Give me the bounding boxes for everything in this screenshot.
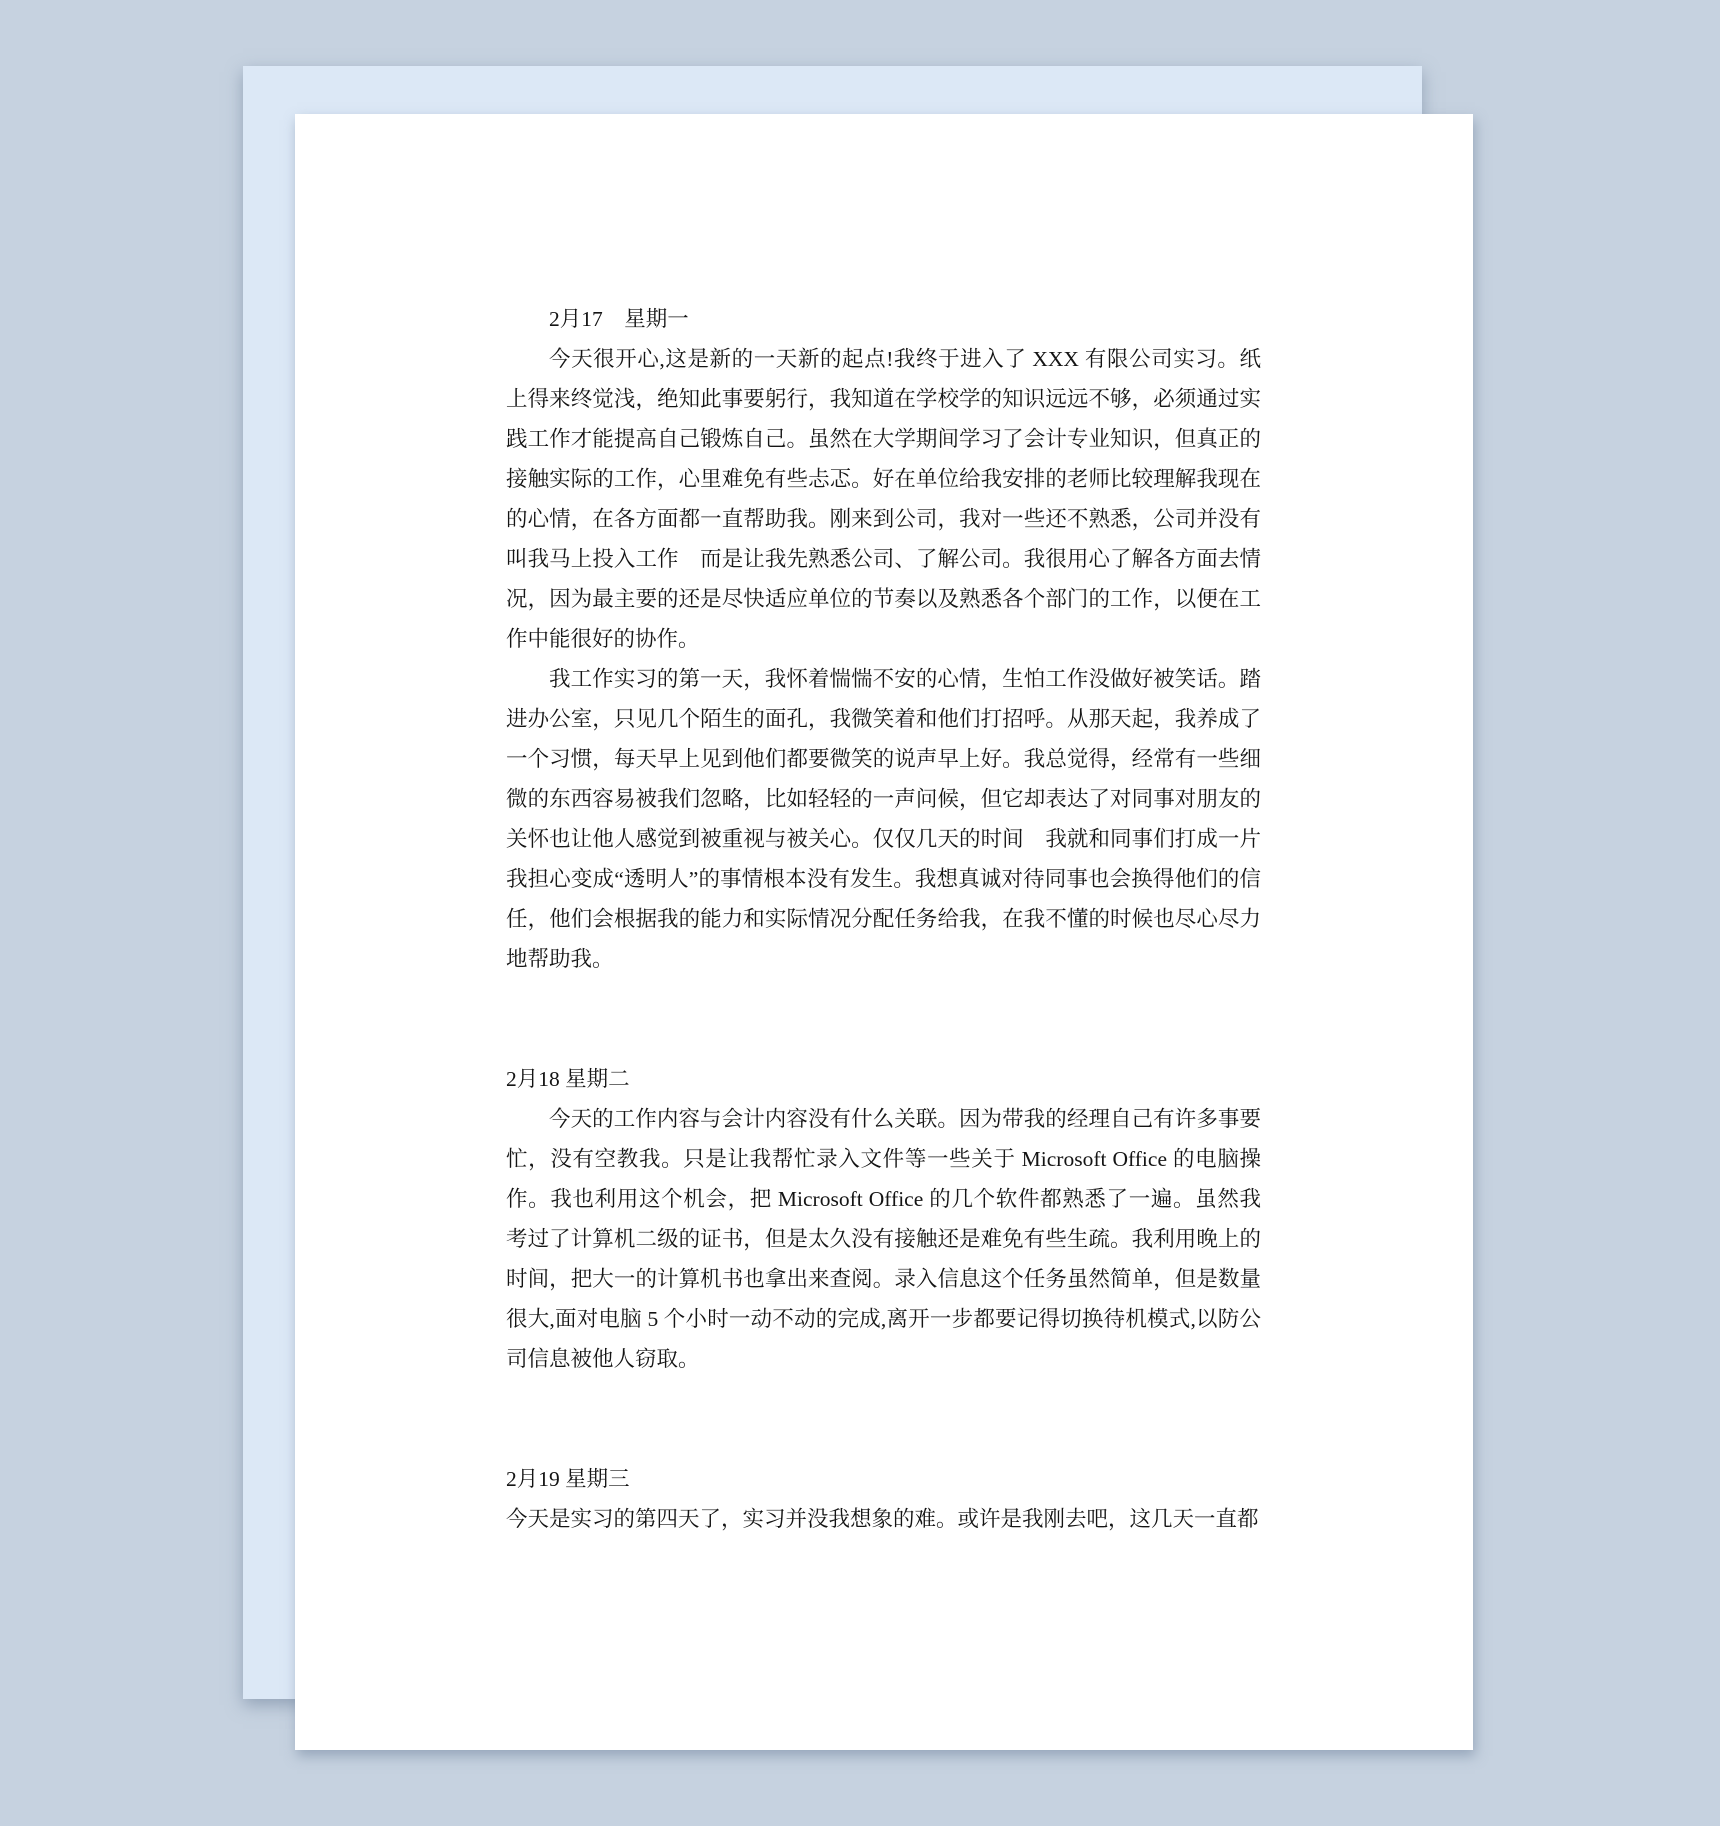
diary-entry-feb19: 2月19 星期三 今天是实习的第四天了，实习并没我想象的难。或许是我刚去吧，这几…: [506, 1459, 1261, 1539]
document-page: 2月17 星期一 今天很开心,这是新的一天新的起点!我终于进入了 XXX 有限公…: [295, 114, 1473, 1750]
canvas-background: 2月17 星期一 今天很开心,这是新的一天新的起点!我终于进入了 XXX 有限公…: [0, 0, 1720, 1826]
document-content: 2月17 星期一 今天很开心,这是新的一天新的起点!我终于进入了 XXX 有限公…: [506, 299, 1261, 1539]
paragraph: 今天的工作内容与会计内容没有什么关联。因为带我的经理自己有许多事要忙，没有空教我…: [506, 1099, 1261, 1379]
paragraph: 今天很开心,这是新的一天新的起点!我终于进入了 XXX 有限公司实习。纸上得来终…: [506, 339, 1261, 659]
diary-entry-feb17: 2月17 星期一 今天很开心,这是新的一天新的起点!我终于进入了 XXX 有限公…: [506, 299, 1261, 979]
paragraph: 我工作实习的第一天，我怀着惴惴不安的心情，生怕工作没做好被笑话。踏进办公室，只见…: [506, 659, 1261, 979]
entry-date-heading: 2月19 星期三: [506, 1459, 1261, 1499]
diary-entry-feb18: 2月18 星期二 今天的工作内容与会计内容没有什么关联。因为带我的经理自己有许多…: [506, 1059, 1261, 1379]
paragraph: 今天是实习的第四天了，实习并没我想象的难。或许是我刚去吧，这几天一直都: [506, 1499, 1261, 1539]
entry-date-heading: 2月17 星期一: [506, 299, 1261, 339]
entry-date-heading: 2月18 星期二: [506, 1059, 1261, 1099]
